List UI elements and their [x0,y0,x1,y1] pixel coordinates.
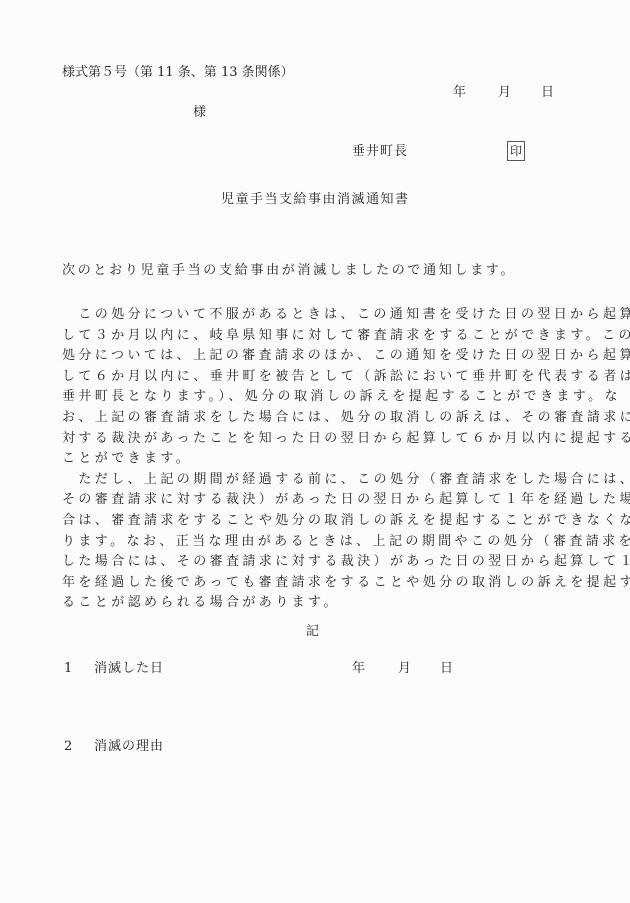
header-date-day: 日 [541,86,554,99]
body-line: その審査請求に対する裁決）があった日の翌日から起算して１年を経過した場 [62,490,572,511]
header-date-month: 月 [498,86,511,99]
body-line: 垂井町長となります。）、処分の取消しの訴えを提起することができます。な [62,387,572,408]
item-extinction-reason: 2消滅の理由 [64,740,164,753]
document-title: 児童手当支給事由消滅通知書 [221,193,410,206]
body-line: ことができます。 [62,449,572,470]
intro-text: 次のとおり児童手当の支給事由が消滅しましたので通知します。 [62,264,516,277]
body-line: して６か月以内に、垂井町を被告として（訴訟において垂井町を代表する者は [62,367,572,388]
form-label: 様式第５号（第 11 条、第 13 条関係） [62,66,294,79]
body-line: した場合には、その審査請求に対する裁決）があった日の翌日から起算して１ [62,552,572,573]
body-line: この処分について不服があるときは、この通知書を受けた日の翌日から起算 [62,305,572,326]
body-line: 年を経過した後であっても審査請求をすることや処分の取消しの訴えを提起す [62,573,572,594]
body-line: 処分については、上記の審査請求のほか、この通知を受けた日の翌日から起算 [62,346,572,367]
body-line: 対する裁決があったことを知った日の翌日から起算して６か月以内に提起する [62,429,572,450]
item-extinction-date: 1消滅した日 [64,662,164,675]
item-label: 消滅した日 [94,661,164,676]
seal-stamp-icon: 印 [507,141,525,161]
item-number: 1 [64,662,94,675]
header-date-year: 年 [453,86,466,99]
item-label: 消滅の理由 [94,739,164,754]
body-line: して３か月以内に、岐阜県知事に対して審査請求をすることができます。この [62,326,572,347]
item-date-month: 月 [398,662,411,675]
issuer-name: 垂井町長 [352,145,408,158]
appeal-notice-paragraph: この処分について不服があるときは、この通知書を受けた日の翌日から起算 して３か月… [62,305,572,614]
item-date-year: 年 [352,662,365,675]
body-line: ります。なお、正当な理由があるときは、上記の期間やこの処分（審査請求を [62,532,572,553]
item-date-day: 日 [440,662,453,675]
body-line: お、上記の審査請求をした場合には、処分の取消しの訴えは、その審査請求に [62,408,572,429]
body-line: ただし、上記の期間が経過する前に、この処分（審査請求をした場合には、 [62,470,572,491]
ki-heading: 記 [306,625,319,638]
item-number: 2 [64,740,94,753]
body-line: ることが認められる場合があります。 [62,593,572,614]
addressee-suffix: 様 [193,106,206,119]
body-line: 合は、審査請求をすることや処分の取消しの訴えを提起することができなくな [62,511,572,532]
